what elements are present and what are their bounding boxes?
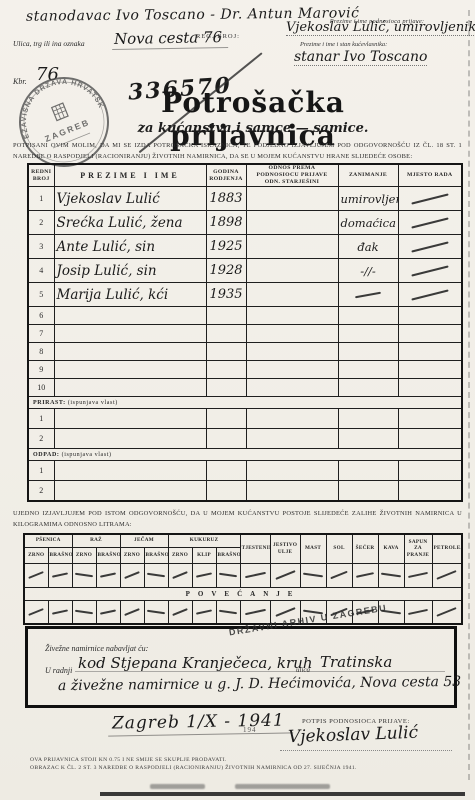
- occupation: đak: [338, 235, 398, 259]
- fine-print-2: OBRAZAC K ČL. 2 ST. 3 NAREDBE O RASPODJE…: [30, 765, 450, 771]
- sub-brasno: BRAŠNO: [144, 547, 168, 563]
- slash-mark: [196, 609, 212, 614]
- occupation: -//-: [338, 259, 398, 283]
- purchase-intro-label: Živežne namirnice nabavljat ću:: [45, 644, 148, 653]
- occupation-cell: [338, 409, 398, 429]
- signature-value: Vjekoslav Lulić: [288, 723, 419, 748]
- povecanje-label: POVEĆANJE: [24, 587, 462, 600]
- slash-mark: [28, 608, 44, 616]
- occupation-cell: [338, 481, 398, 501]
- sub-zrno: ZRNO: [168, 547, 192, 563]
- col-kava: KAVA: [378, 534, 404, 563]
- supply-cell: [96, 563, 120, 587]
- table-row: 6: [28, 307, 462, 325]
- birth-year: 1935: [206, 283, 246, 307]
- person-name: Vjekoslav Lulić: [54, 187, 206, 211]
- prirast-label: PRIRAST:: [33, 400, 66, 406]
- person-name: Ante Lulić, sin: [54, 235, 206, 259]
- row-num: 2: [28, 211, 54, 235]
- stamp-center-text: ZAGREB: [43, 117, 91, 144]
- row-num: 4: [28, 259, 54, 283]
- col-jestivo-ulje: JESTIVO ULJE: [270, 534, 300, 563]
- slash-mark: [411, 241, 448, 252]
- birth-year: [206, 343, 246, 361]
- birth-year: [206, 481, 246, 501]
- workplace-cell: [398, 235, 462, 259]
- occupation: umirovljenik: [338, 187, 398, 211]
- reg-broj-label: REG. BROJ:: [196, 33, 240, 40]
- relation-cell: [246, 379, 338, 397]
- supply-cell: [168, 563, 192, 587]
- occupation: domaćica: [338, 211, 398, 235]
- row-num: 1: [28, 461, 54, 481]
- slash-mark: [172, 571, 188, 579]
- table-row: 10: [28, 379, 462, 397]
- table-row: 8: [28, 343, 462, 361]
- supply-cell: [432, 563, 462, 587]
- birth-year: [206, 409, 246, 429]
- fine-print-1: OVA PRIJAVNICA STOJI KN 0.75 I NE SMIJE …: [30, 757, 450, 763]
- slash-mark: [75, 573, 93, 577]
- occupation-cell: [338, 307, 398, 325]
- scan-smudge: [235, 784, 330, 789]
- sub-zrno: ZRNO: [24, 547, 48, 563]
- table-row: 7: [28, 325, 462, 343]
- slash-mark: [100, 572, 116, 577]
- slash-mark: [219, 573, 237, 577]
- person-name: [54, 409, 206, 429]
- workplace-cell: [398, 283, 462, 307]
- birth-year: [206, 325, 246, 343]
- supplies-crossed-row: [24, 563, 462, 587]
- supply-cell: [240, 563, 270, 587]
- supply-cell: [300, 563, 326, 587]
- applicant-value: Vjekoslav Lulić, umirovljenik: [286, 20, 475, 36]
- workplace-cell: [398, 187, 462, 211]
- group-raz: RAŽ: [72, 534, 120, 547]
- scanned-form-page: stanodavac Ivo Toscano - Dr. Antun Marov…: [0, 0, 475, 800]
- occupation-cell: [338, 361, 398, 379]
- person-name: [54, 481, 206, 501]
- col-num: REDNI BROJ: [28, 164, 54, 187]
- supply-cell: [144, 600, 168, 624]
- supply-cell: [72, 563, 96, 587]
- person-name: Josip Lulić, sin: [54, 259, 206, 283]
- group-kukuruz: KUKURUZ: [168, 534, 240, 547]
- relation-cell: [246, 211, 338, 235]
- table-row: 4 Josip Lulić, sin 1928 -//-: [28, 259, 462, 283]
- row-num: 2: [28, 429, 54, 449]
- sub-brasno: BRAŠNO: [96, 547, 120, 563]
- slash-mark: [75, 610, 93, 614]
- birth-year: [206, 307, 246, 325]
- slash-mark: [245, 609, 266, 615]
- col-sol: SOL: [326, 534, 352, 563]
- group-jecam: JEČAM: [120, 534, 168, 547]
- persons-header-row: REDNI BROJ PREZIME I IME GODINA RODJENJA…: [28, 164, 462, 187]
- col-name: PREZIME I IME: [54, 164, 206, 187]
- slash-mark: [196, 572, 212, 577]
- slash-mark: [356, 572, 374, 578]
- col-occupation: ZANIMANJE: [338, 164, 398, 187]
- shop-value: kod Stjepana Kranječeca, kruh: [78, 654, 313, 672]
- supply-cell: [120, 600, 144, 624]
- supply-cell: [404, 563, 432, 587]
- slash-mark: [245, 572, 266, 578]
- slash-mark: [147, 573, 165, 577]
- row-num: 3: [28, 235, 54, 259]
- table-row: 2 Srećka Lulić, žena 1898 domaćica: [28, 211, 462, 235]
- occupation-cell: [338, 343, 398, 361]
- row-num: 2: [28, 481, 54, 501]
- slash-mark: [124, 571, 140, 579]
- row-num: 1: [28, 187, 54, 211]
- workplace-cell: [398, 481, 462, 501]
- birth-year: [206, 461, 246, 481]
- relation-cell: [246, 343, 338, 361]
- supply-cell: [326, 563, 352, 587]
- slash-mark: [408, 572, 427, 578]
- birth-year: 1898: [206, 211, 246, 235]
- row-num: 6: [28, 307, 54, 325]
- col-mast: MAST: [300, 534, 326, 563]
- slash-mark: [381, 573, 401, 578]
- occupation-cell: [338, 429, 398, 449]
- slash-mark: [172, 608, 188, 616]
- workplace-cell: [398, 259, 462, 283]
- relation-cell: [246, 187, 338, 211]
- supply-cell: [192, 563, 216, 587]
- birth-year: [206, 429, 246, 449]
- printed-year: 194: [243, 726, 257, 734]
- col-petrolej: PETROLEJ: [432, 534, 462, 563]
- col-year: GODINA RODJENJA: [206, 164, 246, 187]
- sub-zrno: ZRNO: [120, 547, 144, 563]
- birth-year: 1883: [206, 187, 246, 211]
- occupation-cell: [338, 379, 398, 397]
- table-row: 5 Marija Lulić, kći 1935: [28, 283, 462, 307]
- persons-table: REDNI BROJ PREZIME I IME GODINA RODJENJA…: [27, 163, 463, 502]
- birth-year: 1928: [206, 259, 246, 283]
- slash-mark: [330, 571, 347, 580]
- occupation-cell: [338, 283, 398, 307]
- ulica-label: ulica: [296, 666, 310, 674]
- person-name: [54, 307, 206, 325]
- supplies-crossed-row: [24, 600, 462, 624]
- slash-mark: [52, 609, 68, 614]
- row-num: 5: [28, 283, 54, 307]
- relation-cell: [246, 235, 338, 259]
- slash-mark: [411, 289, 448, 300]
- supply-cell: [432, 600, 462, 624]
- ulica-value: Tratinska: [320, 653, 392, 671]
- person-name: Marija Lulić, kći: [54, 283, 206, 307]
- relation-cell: [246, 361, 338, 379]
- sub-klip: KLIP: [192, 547, 216, 563]
- relation-cell: [246, 325, 338, 343]
- person-name: [54, 325, 206, 343]
- slash-mark: [100, 609, 116, 614]
- povecanje-band: POVEĆANJE: [24, 587, 462, 600]
- workplace-cell: [398, 409, 462, 429]
- person-name: [54, 461, 206, 481]
- person-name: [54, 429, 206, 449]
- slash-mark: [411, 193, 448, 204]
- person-name: [54, 379, 206, 397]
- relation-cell: [246, 259, 338, 283]
- relation-cell: [246, 481, 338, 501]
- shop-label: U radnji: [45, 666, 72, 675]
- houseowner-label: Prezime i ime i stan kućevlasnika:: [300, 41, 387, 48]
- relation-cell: [246, 429, 338, 449]
- birth-year: [206, 379, 246, 397]
- scan-edge-bar: [100, 792, 465, 796]
- slash-mark: [28, 571, 44, 579]
- odpad-band: ODPAD: (ispunjava vlast): [28, 449, 462, 461]
- supplies-group-header: PŠENICA RAŽ JEČAM KUKURUZ TJESTENINE JES…: [24, 534, 462, 547]
- table-row: 1 Vjekoslav Lulić 1883 umirovljenik: [28, 187, 462, 211]
- supply-cell: [96, 600, 120, 624]
- workplace-cell: [398, 461, 462, 481]
- houseowner-value: stanar Ivo Toscano: [294, 49, 427, 66]
- birth-year: [206, 361, 246, 379]
- table-row: 2: [28, 481, 462, 501]
- row-num: 10: [28, 379, 54, 397]
- birth-year: 1925: [206, 235, 246, 259]
- sub-zrno: ZRNO: [72, 547, 96, 563]
- row-num: 8: [28, 343, 54, 361]
- street-label: Ulica, trg ili ina oznaka: [13, 39, 85, 48]
- supply-cell: [378, 563, 404, 587]
- person-name: [54, 361, 206, 379]
- supply-cell: [48, 563, 72, 587]
- col-tjestenine: TJESTENINE: [240, 534, 270, 563]
- prirast-band: PRIRAST: (ispunjava vlast): [28, 397, 462, 409]
- table-row: 3 Ante Lulić, sin 1925 đak: [28, 235, 462, 259]
- slash-mark: [408, 609, 427, 615]
- date-place-value: Zagreb 1/X - 1941: [108, 710, 293, 736]
- intro-paragraph: POTPISANI OVIM MOLIM, DA MI SE IZDA POTR…: [13, 141, 462, 162]
- supply-cell: [352, 563, 378, 587]
- slash-mark: [411, 265, 448, 276]
- col-secer: ŠEĆER: [352, 534, 378, 563]
- slash-mark: [355, 292, 381, 298]
- person-name: Srećka Lulić, žena: [54, 211, 206, 235]
- workplace-cell: [398, 361, 462, 379]
- col-relation: ODNOS PREMA PODNOSIOCU PRIJAVE ODN. STAR…: [246, 164, 338, 187]
- occupation-cell: [338, 461, 398, 481]
- sub-brasno: BRAŠNO: [48, 547, 72, 563]
- workplace-cell: [398, 325, 462, 343]
- signature-line: [280, 750, 452, 751]
- supply-cell: [216, 563, 240, 587]
- supply-cell: [120, 563, 144, 587]
- slash-mark: [411, 217, 448, 228]
- row-num: 9: [28, 361, 54, 379]
- slash-mark: [124, 608, 140, 616]
- supply-cell: [72, 600, 96, 624]
- col-sapun: SAPUN ZA PRANJE: [404, 534, 432, 563]
- supplies-intro: UJEDNO IZJAVLJUJEM POD ISTOM ODGOVORNOŠĆ…: [13, 509, 462, 530]
- table-row: 9: [28, 361, 462, 379]
- supply-cell: [270, 563, 300, 587]
- relation-cell: [246, 283, 338, 307]
- supplies-table: PŠENICA RAŽ JEČAM KUKURUZ TJESTENINE JES…: [23, 533, 463, 625]
- row-num: 1: [28, 409, 54, 429]
- rule-line: [75, 671, 445, 672]
- table-row: 1: [28, 461, 462, 481]
- slash-mark: [219, 610, 237, 614]
- workplace-cell: [398, 307, 462, 325]
- supply-cell: [144, 563, 168, 587]
- supply-cell: [48, 600, 72, 624]
- relation-cell: [246, 307, 338, 325]
- slash-mark: [52, 572, 68, 577]
- form-subtitle: za kućanstva i samce — samice.: [88, 121, 418, 136]
- supply-cell: [240, 600, 270, 624]
- scan-edge-dots: [468, 10, 470, 780]
- slash-mark: [303, 573, 323, 578]
- row-num: 7: [28, 325, 54, 343]
- supply-cell: [24, 600, 48, 624]
- table-row: 2: [28, 429, 462, 449]
- slash-mark: [275, 570, 295, 580]
- workplace-cell: [398, 429, 462, 449]
- slash-mark: [437, 570, 457, 580]
- supply-cell: [168, 600, 192, 624]
- relation-cell: [246, 409, 338, 429]
- relation-cell: [246, 461, 338, 481]
- slash-mark: [147, 610, 165, 614]
- supply-cell: [216, 600, 240, 624]
- odpad-label: ODPAD:: [33, 452, 59, 458]
- person-name: [54, 343, 206, 361]
- workplace-cell: [398, 379, 462, 397]
- sub-brasno: BRAŠNO: [216, 547, 240, 563]
- table-row: 1: [28, 409, 462, 429]
- group-psenica: PŠENICA: [24, 534, 72, 547]
- scan-smudge: [150, 784, 205, 789]
- slash-mark: [437, 607, 457, 617]
- workplace-cell: [398, 211, 462, 235]
- supply-cell: [192, 600, 216, 624]
- slash-mark: [275, 607, 295, 617]
- supply-cell: [24, 563, 48, 587]
- col-workplace: MJESTO RADA: [398, 164, 462, 187]
- odpad-sub: (ispunjava vlast): [62, 452, 112, 458]
- supply-cell: [404, 600, 432, 624]
- prirast-sub: (ispunjava vlast): [68, 400, 118, 406]
- workplace-cell: [398, 343, 462, 361]
- occupation-cell: [338, 325, 398, 343]
